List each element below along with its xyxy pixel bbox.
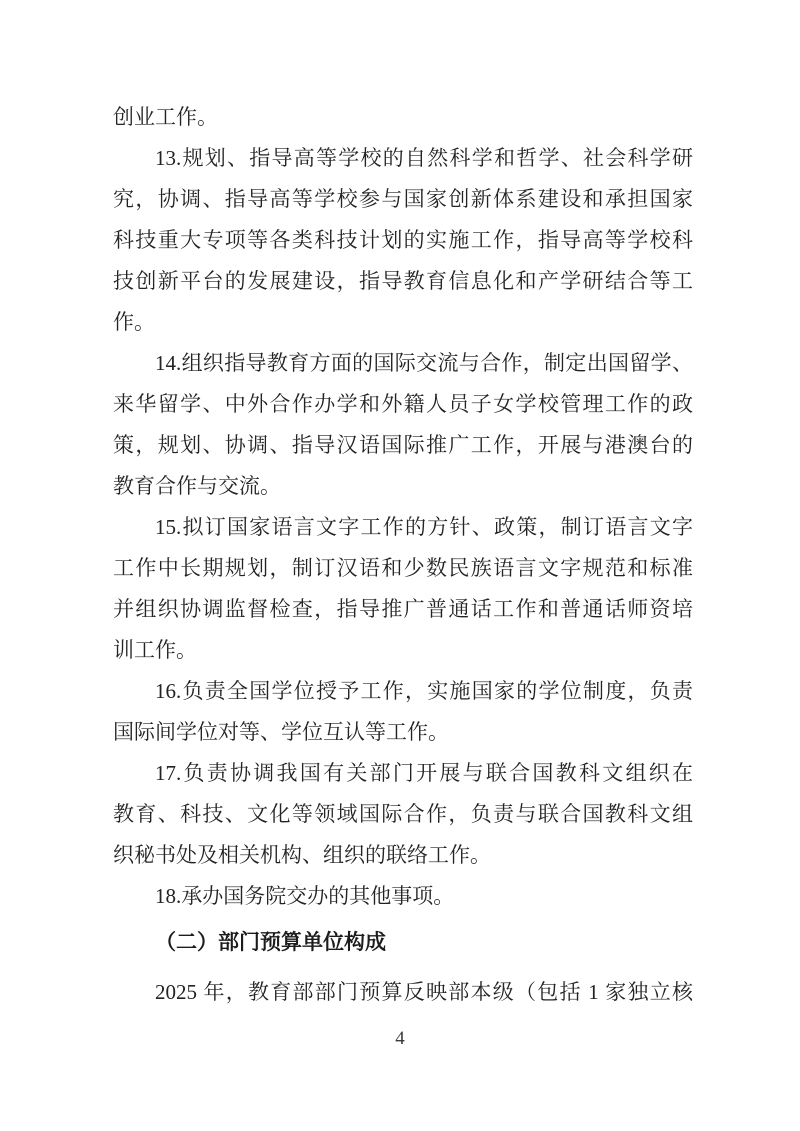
text-line: 13.规划、指导高等学校的自然科学和哲学、社会科学研 <box>113 138 693 179</box>
text-line: 创业工作。 <box>113 97 693 138</box>
text-line: 工作中长期规划，制订汉语和少数民族语言文字规范和标准 <box>113 548 693 589</box>
text-line: 14.组织指导教育方面的国际交流与合作，制定出国留学、 <box>113 343 693 384</box>
text-line: 17.负责协调我国有关部门开展与联合国教科文组织在 <box>113 753 693 794</box>
text-line: 15.拟订国家语言文字工作的方针、政策，制订语言文字 <box>113 507 693 548</box>
text-line: 2025 年，教育部部门预算反映部本级（包括 1 家独立核 <box>113 972 693 1013</box>
text-line: 16.负责全国学位授予工作，实施国家的学位制度，负责 <box>113 671 693 712</box>
text-line: 教育、科技、文化等领域国际合作，负责与联合国教科文组 <box>113 794 693 835</box>
text-line: 18.承办国务院交办的其他事项。 <box>113 876 693 917</box>
document-page: 创业工作。13.规划、指导高等学校的自然科学和哲学、社会科学研究，协调、指导高等… <box>0 0 800 1131</box>
text-line: 织秘书处及相关机构、组织的联络工作。 <box>113 835 693 876</box>
page-number: 4 <box>0 1028 800 1050</box>
text-line: 并组织协调监督检查，指导推广普通话工作和普通话师资培 <box>113 589 693 630</box>
text-line: 策，规划、协调、指导汉语国际推广工作，开展与港澳台的 <box>113 425 693 466</box>
text-line: 技创新平台的发展建设，指导教育信息化和产学研结合等工 <box>113 261 693 302</box>
text-line: 训工作。 <box>113 630 693 671</box>
text-line: 教育合作与交流。 <box>113 466 693 507</box>
text-line: 作。 <box>113 302 693 343</box>
document-body: 创业工作。13.规划、指导高等学校的自然科学和哲学、社会科学研究，协调、指导高等… <box>113 97 693 1013</box>
text-line: 究，协调、指导高等学校参与国家创新体系建设和承担国家 <box>113 179 693 220</box>
section-heading: （二）部门预算单位构成 <box>113 922 693 963</box>
text-line: 国际间学位对等、学位互认等工作。 <box>113 712 693 753</box>
text-line: 来华留学、中外合作办学和外籍人员子女学校管理工作的政 <box>113 384 693 425</box>
text-line: 科技重大专项等各类科技计划的实施工作，指导高等学校科 <box>113 220 693 261</box>
